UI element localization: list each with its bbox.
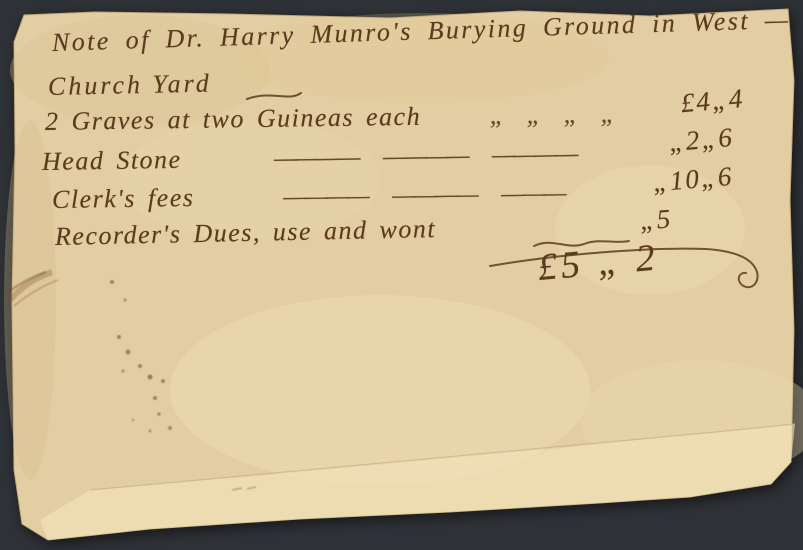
scanned-document-page: Note of Dr. Harry Munro's Burying Ground… [0,0,803,550]
entry-separator: „ „ „ „ [421,98,682,132]
entry-label: Clerk's fees [52,183,195,215]
entry-amount: „2„6 [667,122,734,158]
entry-separator [436,233,640,237]
entry-amount: £4„4 [680,83,746,119]
document-title-line2: Church Yard [48,69,212,102]
entry-amount: „10„6 [652,161,735,199]
entry-label: Head Stone [42,145,182,177]
entry-amount: „5 [639,203,674,236]
entry-label: 2 Graves at two Guineas each [45,102,422,137]
entry-separator: ———— ———— ——— [194,177,653,213]
